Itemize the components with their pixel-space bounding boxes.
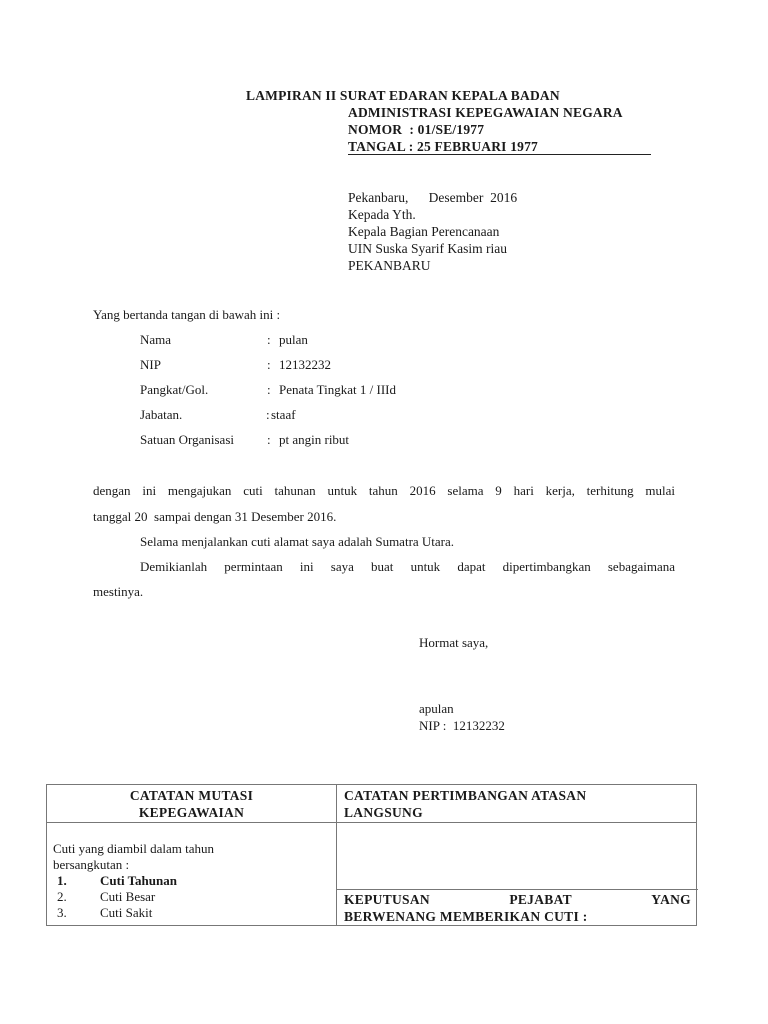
decision-word: KEPUTUSAN (344, 891, 430, 908)
field-label-pangkat: Pangkat/Gol. (140, 382, 208, 398)
leave-taken-text: Cuti yang diambil dalam tahun (53, 841, 214, 857)
header-text-line: CATATAN MUTASI (47, 787, 336, 804)
field-label-nip: NIP (140, 357, 161, 373)
leave-type-item: 1. Cuti Tahunan (53, 873, 214, 889)
list-number: 1. (53, 873, 100, 889)
field-sep: : (267, 432, 271, 448)
signer-nip: NIP : 12132232 (419, 718, 505, 734)
table-header-catatan-mutasi: CATATAN MUTASI KEPEGAWAIAN (47, 787, 336, 821)
leave-type-label: Cuti Tahunan (100, 873, 177, 889)
leave-type-label: Cuti Sakit (100, 905, 152, 921)
body-paragraph-3-line-1: Demikianlah permintaan ini saya buat unt… (140, 559, 675, 575)
body-paragraph-1-line-2: tanggal 20 sampai dengan 31 Desember 201… (93, 509, 336, 525)
body-paragraph-2: Selama menjalankan cuti alamat saya adal… (140, 534, 454, 550)
table-header-divider (47, 822, 696, 823)
leave-taken-cell: Cuti yang diambil dalam tahun bersangkut… (53, 841, 214, 921)
field-label-satuan-organisasi: Satuan Organisasi (140, 432, 234, 448)
leave-type-label: Cuti Besar (100, 889, 155, 905)
header-underline (348, 154, 651, 155)
field-sep: : (267, 357, 271, 373)
notes-table: CATATAN MUTASI KEPEGAWAIAN CATATAN PERTI… (46, 784, 697, 926)
field-value-jabatan: staaf (271, 407, 296, 423)
list-number: 2. (53, 889, 100, 905)
list-number: 3. (53, 905, 100, 921)
decision-line-1: KEPUTUSAN PEJABAT YANG (344, 891, 691, 908)
signer-name: apulan (419, 701, 454, 717)
field-sep: : (267, 332, 271, 348)
field-value-satuan-organisasi: pt angin ribut (279, 432, 349, 448)
address-city: PEKANBARU (348, 257, 431, 274)
decision-word: PEJABAT (509, 891, 572, 908)
header-text-line: KEPEGAWAIAN (47, 804, 336, 821)
header-tanggal: TANGAL : 25 FEBRUARI 1977 (348, 138, 538, 155)
table-header-catatan-pertimbangan: CATATAN PERTIMBANGAN ATASAN LANGSUNG (344, 787, 586, 821)
leave-type-item: 3. Cuti Sakit (53, 905, 214, 921)
decision-word: YANG (651, 891, 691, 908)
address-institution: UIN Suska Syarif Kasim riau (348, 240, 507, 257)
header-line-2: ADMINISTRASI KEPEGAWAIAN NEGARA (348, 104, 623, 121)
header-line-1: LAMPIRAN II SURAT EDARAN KEPALA BADAN (246, 87, 560, 104)
body-paragraph-1-line-1: dengan ini mengajukan cuti tahunan untuk… (93, 483, 675, 499)
field-label-nama: Nama (140, 332, 171, 348)
decision-line-2: BERWENANG MEMBERIKAN CUTI : (344, 908, 691, 925)
body-paragraph-3-line-2: mestinya. (93, 584, 143, 600)
header-text-line: CATATAN PERTIMBANGAN ATASAN (344, 787, 586, 804)
place-date: Pekanbaru, Desember 2016 (348, 189, 517, 206)
closing-text: Hormat saya, (419, 635, 488, 651)
table-right-row-divider (337, 889, 698, 890)
field-value-nip: 12132232 (279, 357, 331, 373)
header-nomor: NOMOR : 01/SE/1977 (348, 121, 484, 138)
field-value-pangkat: Penata Tingkat 1 / IIId (279, 382, 396, 398)
field-sep: : (266, 407, 270, 423)
address-recipient: Kepala Bagian Perencanaan (348, 223, 499, 240)
leave-type-item: 2. Cuti Besar (53, 889, 214, 905)
address-to: Kepada Yth. (348, 206, 416, 223)
field-value-nama: pulan (279, 332, 308, 348)
table-column-divider (336, 785, 337, 925)
field-label-jabatan: Jabatan. (140, 407, 182, 423)
decision-cell: KEPUTUSAN PEJABAT YANG BERWENANG MEMBERI… (344, 891, 691, 925)
intro-text: Yang bertanda tangan di bawah ini : (93, 307, 280, 323)
header-text-line: LANGSUNG (344, 804, 586, 821)
leave-taken-text: bersangkutan : (53, 857, 214, 873)
field-sep: : (267, 382, 271, 398)
